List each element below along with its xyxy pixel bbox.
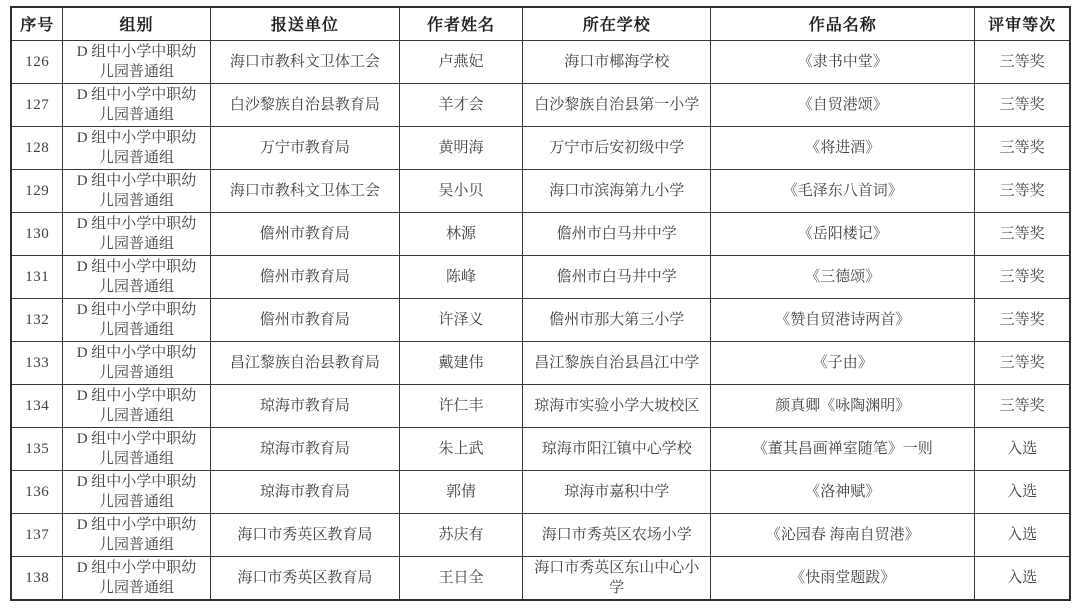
cell-index: 132 (11, 298, 63, 341)
cell-author: 卢燕妃 (400, 40, 523, 83)
cell-award: 入选 (975, 513, 1070, 556)
cell-award: 入选 (975, 556, 1070, 600)
cell-award: 三等奖 (975, 212, 1070, 255)
cell-unit: 儋州市教育局 (210, 255, 400, 298)
cell-group: D 组中小学中职幼儿园普通组 (63, 341, 210, 384)
cell-index: 130 (11, 212, 63, 255)
cell-author: 林源 (400, 212, 523, 255)
table-row: 127D 组中小学中职幼儿园普通组白沙黎族自治县教育局羊才会白沙黎族自治县第一小… (11, 83, 1070, 126)
cell-author: 王日全 (400, 556, 523, 600)
cell-unit: 琼海市教育局 (210, 470, 400, 513)
cell-index: 133 (11, 341, 63, 384)
cell-author: 许仁丰 (400, 384, 523, 427)
cell-index: 135 (11, 427, 63, 470)
cell-group: D 组中小学中职幼儿园普通组 (63, 40, 210, 83)
cell-school: 海口市椰海学校 (522, 40, 711, 83)
cell-work: 颜真卿《咏陶渊明》 (711, 384, 975, 427)
cell-school: 儋州市白马井中学 (522, 255, 711, 298)
cell-school: 儋州市那大第三小学 (522, 298, 711, 341)
col-header-school: 所在学校 (522, 7, 711, 40)
col-header-work: 作品名称 (711, 7, 975, 40)
cell-unit: 琼海市教育局 (210, 384, 400, 427)
cell-index: 138 (11, 556, 63, 600)
cell-group: D 组中小学中职幼儿园普通组 (63, 255, 210, 298)
cell-school: 琼海市嘉积中学 (522, 470, 711, 513)
cell-unit: 琼海市教育局 (210, 427, 400, 470)
cell-author: 朱上武 (400, 427, 523, 470)
cell-group: D 组中小学中职幼儿园普通组 (63, 513, 210, 556)
cell-index: 128 (11, 126, 63, 169)
cell-index: 136 (11, 470, 63, 513)
cell-school: 海口市秀英区农场小学 (522, 513, 711, 556)
table-row: 126D 组中小学中职幼儿园普通组海口市教科文卫体工会卢燕妃海口市椰海学校《隶书… (11, 40, 1070, 83)
table-body: 126D 组中小学中职幼儿园普通组海口市教科文卫体工会卢燕妃海口市椰海学校《隶书… (11, 40, 1070, 600)
cell-award: 三等奖 (975, 40, 1070, 83)
cell-author: 郭倩 (400, 470, 523, 513)
cell-index: 131 (11, 255, 63, 298)
cell-author: 羊才会 (400, 83, 523, 126)
cell-group: D 组中小学中职幼儿园普通组 (63, 169, 210, 212)
cell-author: 戴建伟 (400, 341, 523, 384)
cell-work: 《毛泽东八首词》 (711, 169, 975, 212)
cell-school: 儋州市白马井中学 (522, 212, 711, 255)
cell-school: 白沙黎族自治县第一小学 (522, 83, 711, 126)
cell-award: 三等奖 (975, 169, 1070, 212)
cell-award: 三等奖 (975, 298, 1070, 341)
cell-author: 苏庆有 (400, 513, 523, 556)
cell-award: 三等奖 (975, 341, 1070, 384)
cell-work: 《三德颂》 (711, 255, 975, 298)
col-header-unit: 报送单位 (210, 7, 400, 40)
table-row: 131D 组中小学中职幼儿园普通组儋州市教育局陈峰儋州市白马井中学《三德颂》三等… (11, 255, 1070, 298)
table-row: 128D 组中小学中职幼儿园普通组万宁市教育局黄明海万宁市后安初级中学《将进酒》… (11, 126, 1070, 169)
cell-author: 陈峰 (400, 255, 523, 298)
cell-unit: 海口市教科文卫体工会 (210, 40, 400, 83)
cell-author: 许泽义 (400, 298, 523, 341)
cell-work: 《子由》 (711, 341, 975, 384)
cell-index: 126 (11, 40, 63, 83)
cell-work: 《将进酒》 (711, 126, 975, 169)
document-page: 序号组别报送单位作者姓名所在学校作品名称评审等次 126D 组中小学中职幼儿园普… (0, 0, 1080, 615)
cell-unit: 儋州市教育局 (210, 298, 400, 341)
cell-group: D 组中小学中职幼儿园普通组 (63, 126, 210, 169)
cell-award: 三等奖 (975, 255, 1070, 298)
cell-unit: 昌江黎族自治县教育局 (210, 341, 400, 384)
cell-author: 吴小贝 (400, 169, 523, 212)
award-results-table: 序号组别报送单位作者姓名所在学校作品名称评审等次 126D 组中小学中职幼儿园普… (10, 6, 1071, 601)
table-header: 序号组别报送单位作者姓名所在学校作品名称评审等次 (11, 7, 1070, 40)
cell-work: 《岳阳楼记》 (711, 212, 975, 255)
table-row: 129D 组中小学中职幼儿园普通组海口市教科文卫体工会吴小贝海口市滨海第九小学《… (11, 169, 1070, 212)
cell-school: 琼海市实验小学大坡校区 (522, 384, 711, 427)
table-row: 133D 组中小学中职幼儿园普通组昌江黎族自治县教育局戴建伟昌江黎族自治县昌江中… (11, 341, 1070, 384)
table-row: 138D 组中小学中职幼儿园普通组海口市秀英区教育局王日全海口市秀英区东山中心小… (11, 556, 1070, 600)
cell-unit: 儋州市教育局 (210, 212, 400, 255)
cell-work: 《沁园春 海南自贸港》 (711, 513, 975, 556)
cell-award: 入选 (975, 427, 1070, 470)
cell-school: 海口市秀英区东山中心小学 (522, 556, 711, 600)
cell-work: 《洛神赋》 (711, 470, 975, 513)
cell-unit: 万宁市教育局 (210, 126, 400, 169)
cell-work: 《赞自贸港诗两首》 (711, 298, 975, 341)
cell-work: 《隶书中堂》 (711, 40, 975, 83)
header-row: 序号组别报送单位作者姓名所在学校作品名称评审等次 (11, 7, 1070, 40)
cell-work: 《董其昌画禅室随笔》一则 (711, 427, 975, 470)
col-header-group: 组别 (63, 7, 210, 40)
cell-group: D 组中小学中职幼儿园普通组 (63, 212, 210, 255)
table-row: 134D 组中小学中职幼儿园普通组琼海市教育局许仁丰琼海市实验小学大坡校区颜真卿… (11, 384, 1070, 427)
cell-school: 海口市滨海第九小学 (522, 169, 711, 212)
cell-school: 昌江黎族自治县昌江中学 (522, 341, 711, 384)
cell-school: 琼海市阳江镇中心学校 (522, 427, 711, 470)
cell-unit: 海口市教科文卫体工会 (210, 169, 400, 212)
cell-index: 129 (11, 169, 63, 212)
table-row: 136D 组中小学中职幼儿园普通组琼海市教育局郭倩琼海市嘉积中学《洛神赋》入选 (11, 470, 1070, 513)
cell-work: 《快雨堂题跋》 (711, 556, 975, 600)
cell-award: 三等奖 (975, 126, 1070, 169)
cell-group: D 组中小学中职幼儿园普通组 (63, 298, 210, 341)
col-header-award: 评审等次 (975, 7, 1070, 40)
cell-index: 134 (11, 384, 63, 427)
cell-award: 三等奖 (975, 384, 1070, 427)
table-row: 135D 组中小学中职幼儿园普通组琼海市教育局朱上武琼海市阳江镇中心学校《董其昌… (11, 427, 1070, 470)
cell-unit: 海口市秀英区教育局 (210, 556, 400, 600)
col-header-author: 作者姓名 (400, 7, 523, 40)
cell-index: 127 (11, 83, 63, 126)
cell-unit: 海口市秀英区教育局 (210, 513, 400, 556)
table-row: 137D 组中小学中职幼儿园普通组海口市秀英区教育局苏庆有海口市秀英区农场小学《… (11, 513, 1070, 556)
cell-group: D 组中小学中职幼儿园普通组 (63, 384, 210, 427)
cell-group: D 组中小学中职幼儿园普通组 (63, 83, 210, 126)
cell-group: D 组中小学中职幼儿园普通组 (63, 427, 210, 470)
cell-group: D 组中小学中职幼儿园普通组 (63, 470, 210, 513)
col-header-index: 序号 (11, 7, 63, 40)
table-row: 132D 组中小学中职幼儿园普通组儋州市教育局许泽义儋州市那大第三小学《赞自贸港… (11, 298, 1070, 341)
table-row: 130D 组中小学中职幼儿园普通组儋州市教育局林源儋州市白马井中学《岳阳楼记》三… (11, 212, 1070, 255)
cell-work: 《自贸港颂》 (711, 83, 975, 126)
cell-award: 三等奖 (975, 83, 1070, 126)
cell-school: 万宁市后安初级中学 (522, 126, 711, 169)
cell-award: 入选 (975, 470, 1070, 513)
cell-index: 137 (11, 513, 63, 556)
cell-author: 黄明海 (400, 126, 523, 169)
cell-group: D 组中小学中职幼儿园普通组 (63, 556, 210, 600)
cell-unit: 白沙黎族自治县教育局 (210, 83, 400, 126)
